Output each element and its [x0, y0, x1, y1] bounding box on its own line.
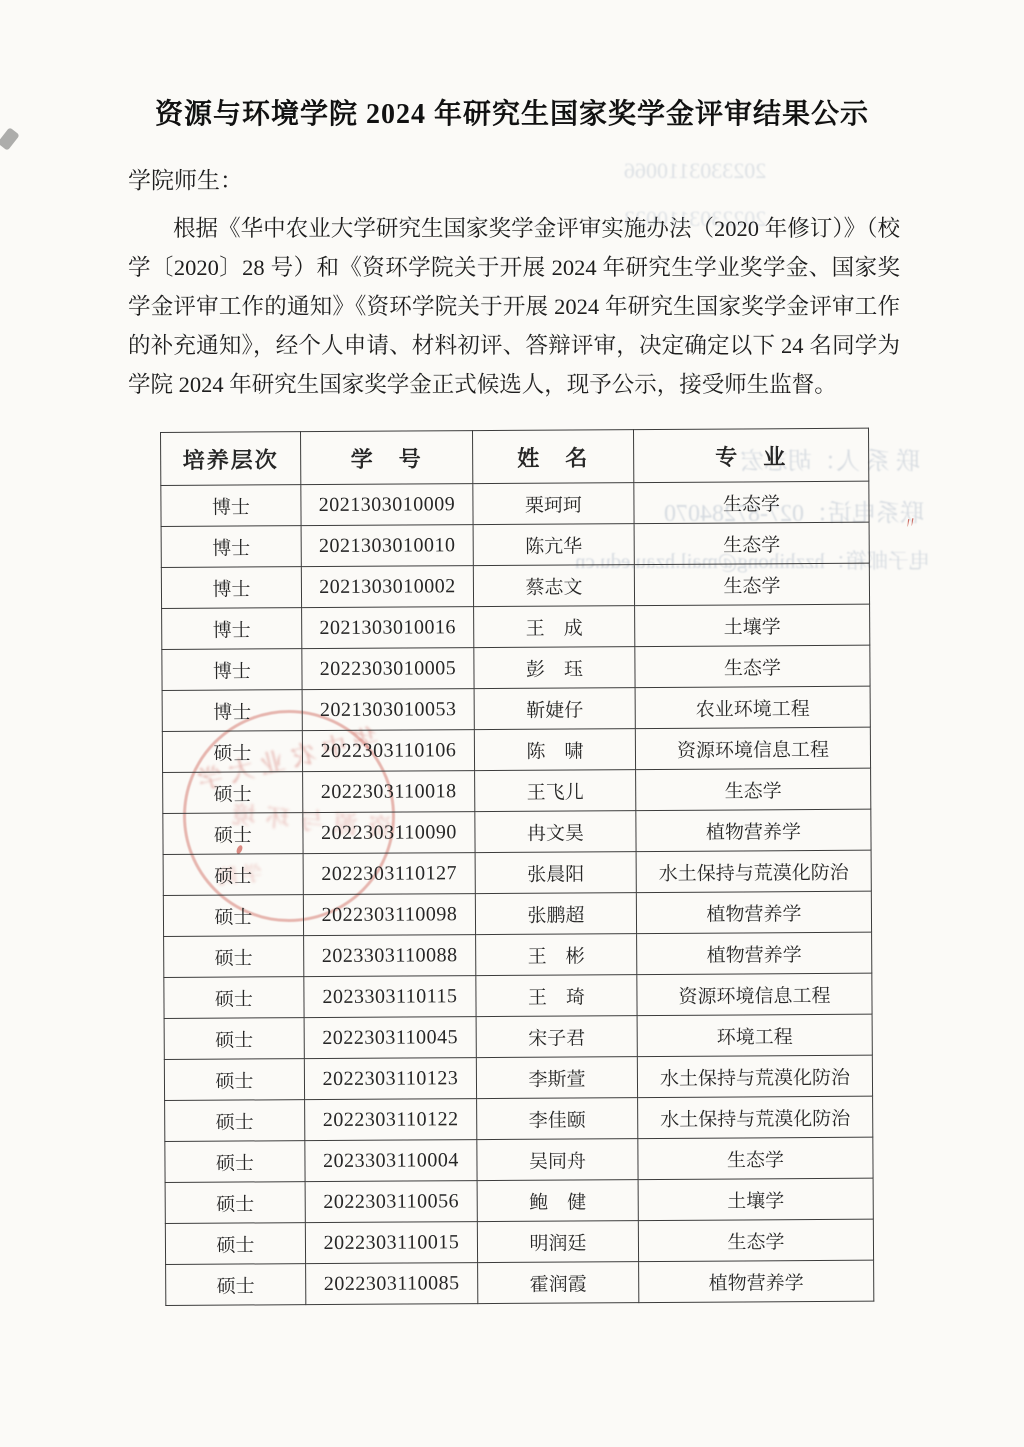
name-cell: 陈亢华: [473, 524, 634, 566]
name-cell: 王飞儿: [475, 770, 636, 812]
name-cell: 栗珂珂: [473, 483, 634, 525]
student-id-cell: 2023303110004: [305, 1140, 477, 1182]
level-cell: 硕士: [164, 936, 304, 978]
column-header: 姓 名: [472, 430, 633, 484]
major-cell: 水土保持与荒漠化防治: [637, 1055, 872, 1097]
student-id-cell: 2022303010005: [302, 648, 474, 690]
level-cell: 博士: [161, 567, 301, 609]
level-cell: 博士: [162, 649, 302, 691]
level-cell: 硕士: [164, 1059, 304, 1101]
level-cell: 硕士: [165, 1182, 305, 1224]
column-header: 专 业: [633, 428, 868, 482]
student-id-cell: 2021303010009: [301, 484, 473, 526]
major-cell: 土壤学: [638, 1178, 873, 1220]
name-cell: 王 成: [474, 606, 635, 648]
level-cell: 硕士: [162, 731, 302, 773]
name-cell: 霍润霞: [478, 1262, 639, 1304]
major-cell: 植物营养学: [637, 932, 872, 974]
level-cell: 博士: [162, 608, 302, 650]
major-cell: 植物营养学: [636, 891, 871, 933]
column-header: 培养层次: [161, 432, 301, 486]
table-row: 博士2021303010010陈亢华生态学: [161, 522, 869, 567]
level-cell: 硕士: [163, 772, 303, 814]
table-row: 硕士2022303110106陈 啸资源环境信息工程: [162, 727, 870, 772]
student-id-cell: 2021303010053: [302, 689, 474, 731]
name-cell: 李佳颐: [477, 1098, 638, 1140]
table-row: 硕士2022303110123李斯萱水土保持与荒漠化防治: [164, 1055, 872, 1100]
major-cell: 资源环境信息工程: [635, 727, 870, 769]
name-cell: 陈 啸: [474, 729, 635, 771]
student-id-cell: 2021303010010: [301, 525, 473, 567]
major-cell: 农业环境工程: [635, 686, 870, 728]
results-table: 培养层次学 号姓 名专 业 博士2021303010009栗珂珂生态学博士202…: [160, 428, 874, 1306]
results-table-header-row: 培养层次学 号姓 名专 业: [161, 428, 869, 485]
student-id-cell: 2022303110015: [305, 1222, 477, 1264]
level-cell: 博士: [162, 690, 302, 732]
table-row: 博士2021303010016王 成土壤学: [162, 604, 870, 649]
page-title: 资源与环境学院 2024 年研究生国家奖学金评审结果公示: [40, 92, 984, 132]
table-row: 硕士2022303110018王飞儿生态学: [163, 768, 871, 813]
table-row: 硕士2022303110085霍润霞植物营养学: [166, 1260, 874, 1305]
student-id-cell: 2021303010016: [302, 607, 474, 649]
level-cell: 硕士: [163, 854, 303, 896]
salutation: 学院师生：: [128, 162, 1024, 195]
bleedthrough-text: 2023303110066: [624, 158, 766, 184]
body-paragraph: 根据《华中农业大学研究生国家奖学金评审实施办法（2020 年修订）》（校学〔20…: [128, 209, 900, 404]
name-cell: 张晨阳: [475, 852, 636, 894]
name-cell: 靳婕仔: [474, 688, 635, 730]
name-cell: 李斯萱: [476, 1057, 637, 1099]
major-cell: 环境工程: [637, 1014, 872, 1056]
major-cell: 生态学: [634, 563, 869, 605]
major-cell: 生态学: [634, 481, 869, 523]
name-cell: 明润廷: [477, 1221, 638, 1263]
student-id-cell: 2022303110098: [303, 894, 475, 936]
level-cell: 硕士: [163, 895, 303, 937]
name-cell: 冉文昊: [475, 811, 636, 853]
table-row: 硕士2022303110015明润廷生态学: [165, 1219, 873, 1264]
student-id-cell: 2021303010002: [301, 566, 473, 608]
major-cell: 植物营养学: [636, 809, 871, 851]
student-id-cell: 2023303110115: [304, 976, 476, 1018]
major-cell: 生态学: [636, 768, 871, 810]
major-cell: 水土保持与荒漠化防治: [636, 850, 871, 892]
bleedthrough-text: 2022303110023: [624, 206, 766, 232]
table-row: 硕士2022303110056鲍 健土壤学: [165, 1178, 873, 1223]
student-id-cell: 2022303110122: [305, 1099, 477, 1141]
name-cell: 彭 珏: [474, 647, 635, 689]
student-id-cell: 2022303110123: [304, 1058, 476, 1100]
student-id-cell: 2022303110045: [304, 1017, 476, 1059]
table-row: 硕士2023303110088王 彬植物营养学: [164, 932, 872, 977]
major-cell: 生态学: [638, 1219, 873, 1261]
major-cell: 资源环境信息工程: [637, 973, 872, 1015]
table-row: 博士2021303010002蔡志文生态学: [161, 563, 869, 608]
level-cell: 硕士: [165, 1141, 305, 1183]
table-row: 博士2021303010009栗珂珂生态学: [161, 481, 869, 526]
table-row: 硕士2023303110115王 琦资源环境信息工程: [164, 973, 872, 1018]
level-cell: 博士: [161, 485, 301, 527]
level-cell: 硕士: [164, 977, 304, 1019]
student-id-cell: 2022303110085: [306, 1263, 478, 1305]
table-row: 硕士2022303110098张鹏超植物营养学: [163, 891, 871, 936]
student-id-cell: 2022303110127: [303, 853, 475, 895]
table-row: 博士2021303010053靳婕仔农业环境工程: [162, 686, 870, 731]
scan-speck: [0, 127, 20, 151]
name-cell: 宋子君: [476, 1016, 637, 1058]
table-row: 硕士2022303110122李佳颐水土保持与荒漠化防治: [165, 1096, 873, 1141]
name-cell: 鲍 健: [477, 1180, 638, 1222]
results-table-wrapper: 培养层次学 号姓 名专 业 博士2021303010009栗珂珂生态学博士202…: [160, 427, 1024, 1306]
table-row: 硕士2022303110090冉文昊植物营养学: [163, 809, 871, 854]
major-cell: 水土保持与荒漠化防治: [638, 1096, 873, 1138]
name-cell: 王 彬: [476, 934, 637, 976]
student-id-cell: 2023303110088: [304, 935, 476, 977]
major-cell: 土壤学: [635, 604, 870, 646]
results-table-body: 博士2021303010009栗珂珂生态学博士2021303010010陈亢华生…: [161, 481, 874, 1305]
document-page: 20233031100662022303110023联 系 人：胡志宏联系电话：…: [0, 0, 1024, 1447]
table-row: 硕士2023303110004吴同舟生态学: [165, 1137, 873, 1182]
student-id-cell: 2022303110090: [303, 812, 475, 854]
table-row: 博士2022303010005彭 珏生态学: [162, 645, 870, 690]
name-cell: 王 琦: [476, 975, 637, 1017]
major-cell: 生态学: [638, 1137, 873, 1179]
level-cell: 硕士: [163, 813, 303, 855]
student-id-cell: 2022303110018: [303, 771, 475, 813]
table-row: 硕士2022303110127张晨阳水土保持与荒漠化防治: [163, 850, 871, 895]
level-cell: 硕士: [164, 1018, 304, 1060]
major-cell: 生态学: [634, 522, 869, 564]
major-cell: 植物营养学: [639, 1260, 874, 1302]
level-cell: 硕士: [165, 1100, 305, 1142]
name-cell: 张鹏超: [475, 893, 636, 935]
level-cell: 硕士: [166, 1264, 306, 1306]
name-cell: 吴同舟: [477, 1139, 638, 1181]
table-row: 硕士2022303110045宋子君环境工程: [164, 1014, 872, 1059]
major-cell: 生态学: [635, 645, 870, 687]
column-header: 学 号: [301, 431, 473, 485]
level-cell: 博士: [161, 526, 301, 568]
student-id-cell: 2022303110106: [302, 730, 474, 772]
name-cell: 蔡志文: [473, 565, 634, 607]
student-id-cell: 2022303110056: [305, 1181, 477, 1223]
level-cell: 硕士: [165, 1223, 305, 1265]
